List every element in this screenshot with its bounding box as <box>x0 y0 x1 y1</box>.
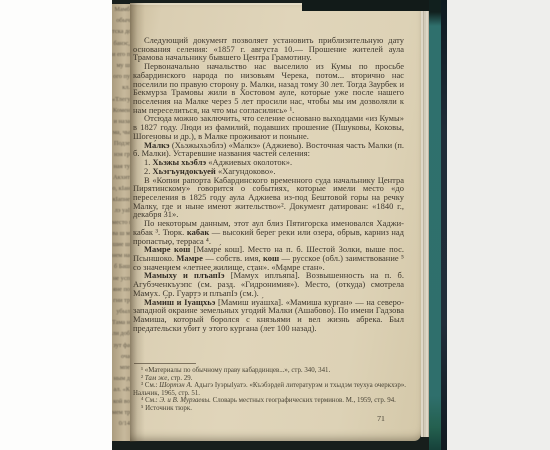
photo-right-margin <box>447 0 550 450</box>
paragraph: Мамре́ кош [Мамре́ кош]. Место на п. б. … <box>133 245 404 271</box>
paragraph: Отсюда можно заключить, что селение осно… <box>133 114 404 140</box>
text-run: ³ См.: <box>141 382 159 389</box>
fragment-line: Акхит <box>112 172 131 183</box>
text-run: Отсюда можно заключить, что селение осно… <box>133 113 404 140</box>
fragment-line: ли доб <box>112 328 131 339</box>
left-page: Мамбобычтска добанэс,и его пму шого пукл… <box>112 4 131 441</box>
text-run: Э. и В. Мурзаевы. <box>159 397 210 404</box>
fragment-line: лэ уаI <box>112 205 131 216</box>
fragment-line: ная ту <box>112 161 131 172</box>
fragment-line: Тама н <box>112 317 131 328</box>
fragment-line: Комен <box>112 105 131 116</box>
cover-top-edge <box>302 0 429 11</box>
text-run: ¹ «Материалы по обычному праву кабардинц… <box>141 367 330 374</box>
fragment-line: и наза <box>112 116 131 127</box>
paragraph: Первоначально начальство нас выселило из… <box>133 62 404 114</box>
fragment-line: Подзе <box>112 138 131 149</box>
fragment-line: ал. «К <box>112 384 131 395</box>
book-cover-teal <box>429 0 441 450</box>
text-run: В «Копии рапорта Кабардинского временног… <box>133 175 404 220</box>
fragment-line: обыч <box>112 15 131 26</box>
fragment-line: тска до <box>112 26 131 37</box>
text-block: Следующий документ позволяет установить … <box>133 36 404 361</box>
fragment-line: 0/14 <box>112 418 131 429</box>
fragment-line: место в <box>112 217 131 228</box>
page-number: 71 <box>366 414 396 423</box>
text-run: Первоначально начальство нас выселило из… <box>133 61 404 115</box>
text-run: (Хьэжыхьэблэ) «Ма́лкэ» (Аджиево). Восточ… <box>133 140 404 159</box>
footnote: ¹ «Материалы по обычному праву кабардинц… <box>133 367 406 375</box>
book-photo: Мамбобычтска добанэс,и его пму шого пукл… <box>112 0 447 450</box>
text-run: Там же, <box>145 375 169 382</box>
fragment-line: кой во <box>112 396 131 407</box>
paragraph: По некоторым данным, этот аул близ Пятиг… <box>133 219 404 245</box>
fragment-line: яне по <box>112 284 131 295</box>
fragment-line: банэс, <box>112 38 131 49</box>
fragment-line: б Баш <box>112 261 131 272</box>
fragment-line: ва ш м <box>112 228 131 239</box>
fragment-line: «Тлегу <box>112 94 131 105</box>
paragraph: Ма́лкэ (Хьэжыхьэблэ) «Ма́лкэ» (Аджиево).… <box>133 141 404 158</box>
fragment-line: нем на <box>112 250 131 261</box>
paragraph: Мами́ш и Iуа́щхьэ [Мами́ш иуа́шха]. «Мам… <box>133 298 404 333</box>
footnote-rule <box>134 363 196 364</box>
footnote: ³ См.: Шортэн А. Адыгэ Iуэрыlуатэ. «Къэб… <box>133 382 406 397</box>
page-fore-edge <box>421 5 429 437</box>
text-run: Словарь местных географических терминов.… <box>211 397 396 404</box>
text-run: Следующий документ позволяет установить … <box>133 36 404 62</box>
fragment-line: мем тр <box>112 407 131 418</box>
cover-board-edge <box>441 0 447 450</box>
text-run: ⁴ См.: <box>141 397 159 404</box>
fragment-line: му ш <box>112 60 131 71</box>
fragment-line: Мамб <box>112 4 131 15</box>
fragment-line: мпе <box>112 362 131 373</box>
footnote: ⁵ Источник тюрк. <box>133 405 406 413</box>
fragment-line: кл. <box>112 82 131 93</box>
fragment-line: и его п <box>112 49 131 60</box>
paragraph: Следующий документ позволяет установить … <box>133 36 404 62</box>
footnote: ⁴ См.: Э. и В. Мурзаевы. Словарь местных… <box>133 397 406 405</box>
fragment-line: ным д <box>112 373 131 384</box>
fragment-line: ого пу <box>112 71 131 82</box>
fragment-line: убыл <box>112 306 131 317</box>
paragraph: Мамы́ху и плъа́пIэ [Маму́х иплъя́па]. Во… <box>133 271 404 297</box>
fragment-line: ма, чы <box>112 127 131 138</box>
footnote: ² Там же, стр. 29. <box>133 375 406 383</box>
left-page-fragments: Мамбобычтска добанэс,и его пму шого пукл… <box>112 4 131 429</box>
fragment-line: гни тр <box>112 295 131 306</box>
text-run: стр. 29. <box>169 375 192 382</box>
fragment-line: не усп <box>112 273 131 284</box>
fragment-line: нзя гр <box>112 149 131 160</box>
fragment-line: кIапне <box>112 194 131 205</box>
fragment-line: шие ш <box>112 239 131 250</box>
fragment-line: зут фа <box>112 340 131 351</box>
paragraph: В «Копии рапорта Кабардинского временног… <box>133 176 404 220</box>
text-run: ⁵ Источник тюрк. <box>141 405 192 412</box>
footnotes: ¹ «Материалы по обычному праву кабардинц… <box>133 367 406 412</box>
text-run: Шортэн А. <box>159 382 192 389</box>
book-page: Следующий документ позволяет установить … <box>130 3 421 441</box>
fragment-line: о, кIан <box>112 183 131 194</box>
fragment-line: оча <box>112 351 131 362</box>
